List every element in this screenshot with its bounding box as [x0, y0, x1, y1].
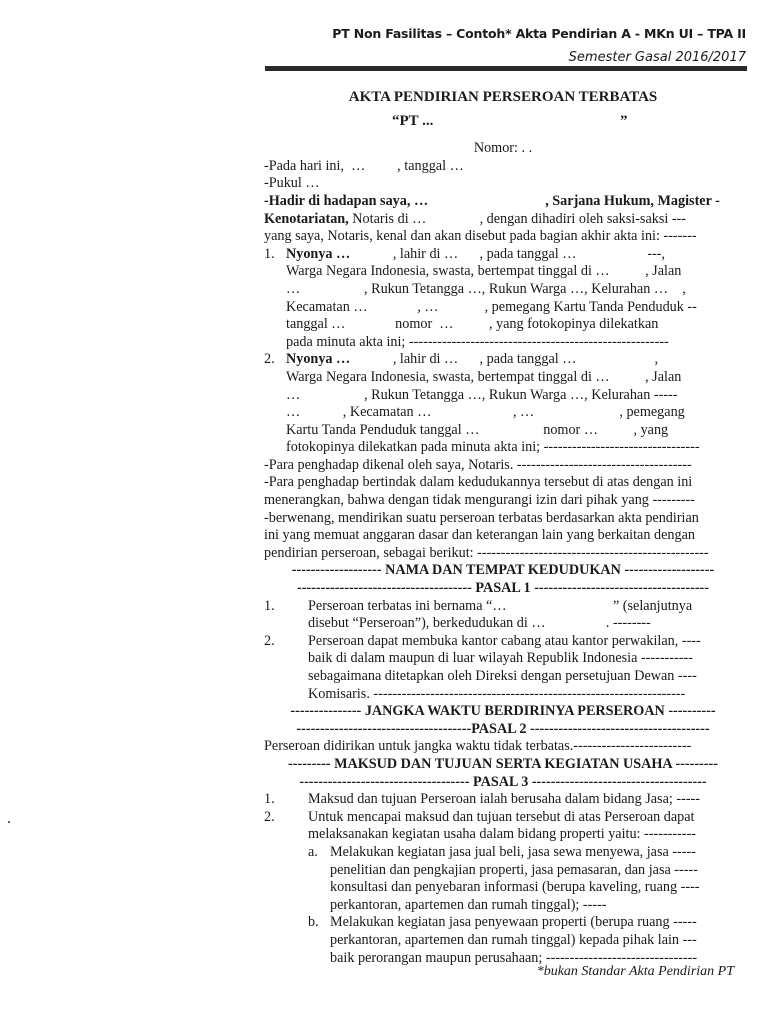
paragraph-line: pendirian perseroan, sebagai berikut: --…	[264, 545, 742, 563]
article-item-text: Perseroan terbatas ini bernama “… ” (sel…	[308, 598, 742, 633]
party-line: Nyonya … , lahir di … , pada tanggal … ,	[286, 351, 742, 369]
article-item-line: Komisaris. -----------------------------…	[308, 686, 742, 704]
article-item-line: sebagaimana ditetapkan oleh Direksi deng…	[308, 668, 742, 686]
paragraph-line: -Para penghadap bertindak dalam keduduka…	[264, 474, 742, 492]
party-line: … , Kecamatan … , … , pemegang	[286, 404, 742, 422]
article-item-line: Perseroan terbatas ini bernama “… ” (sel…	[308, 598, 742, 616]
party-line: … , Rukun Tetangga …, Rukun Warga …, Kel…	[286, 281, 742, 299]
article-subitem-line: perkantoran, apartemen dan rumah tinggal…	[330, 932, 742, 950]
parties-acting: -Para penghadap bertindak dalam keduduka…	[264, 474, 742, 562]
article-number: ------------------------------------- PA…	[264, 580, 742, 598]
party-line: Warga Negara Indonesia, swasta, bertempa…	[286, 263, 742, 281]
party-line: Nyonya … , lahir di … , pada tanggal … -…	[286, 246, 742, 264]
paragraph-line: ini yang memuat anggaran dasar dan keter…	[264, 527, 742, 545]
party-line: pada minuta akta ini; ------------------…	[286, 334, 742, 352]
party-text: Nyonya … , lahir di … , pada tanggal … -…	[286, 246, 742, 352]
article-subitem-text: Melakukan kegiatan jasa jual beli, jasa …	[330, 844, 742, 914]
party-line-rest: , lahir di … , pada tanggal … ,	[350, 351, 658, 367]
section-heading: ------------------- NAMA DAN TEMPAT KEDU…	[264, 562, 742, 580]
deed-body: AKTA PENDIRIAN PERSEROAN TERBATAS “PT ..…	[264, 89, 742, 967]
article-subitem: b.Melakukan kegiatan jasa penyewaan prop…	[308, 914, 742, 967]
party-number: 2.	[264, 351, 286, 457]
articles: ------------------- NAMA DAN TEMPAT KEDU…	[264, 562, 742, 967]
article-item: 1.Maksud dan tujuan Perseroan ialah beru…	[264, 791, 742, 809]
article-item-number: 2.	[264, 809, 308, 844]
article-item: 1.Perseroan terbatas ini bernama “… ” (s…	[264, 598, 742, 633]
party-line: Kecamatan … , … , pemegang Kartu Tanda P…	[286, 299, 742, 317]
article-item-number: 1.	[264, 791, 308, 809]
party-name: Nyonya …	[286, 351, 350, 367]
scan-speck	[8, 821, 10, 823]
article-number: ------------------------------------ PAS…	[264, 774, 742, 792]
party-text: Nyonya … , lahir di … , pada tanggal … ,…	[286, 351, 742, 457]
article-subitem-line: Melakukan kegiatan jasa jual beli, jasa …	[330, 844, 742, 862]
article-item-line: disebut “Perseroan”), berkedudukan di … …	[308, 615, 742, 633]
party-line: fotokopinya dilekatkan pada minuta akta …	[286, 439, 742, 457]
article-text: Perseroan didirikan untuk jangka waktu t…	[264, 738, 742, 756]
article-subitem-line: Melakukan kegiatan jasa penyewaan proper…	[330, 914, 742, 932]
company-name-open: “PT ...	[392, 113, 433, 129]
section-heading: --------- MAKSUD DAN TUJUAN SERTA KEGIAT…	[264, 756, 742, 774]
article-item-line: Untuk mencapai maksud dan tujuan tersebu…	[308, 809, 742, 827]
opening-time: -Pukul …	[264, 175, 742, 193]
article-item-line: melaksanakan kegiatan usaha dalam bidang…	[308, 826, 742, 844]
article-item: 2.Perseroan dapat membuka kantor cabang …	[264, 633, 742, 703]
party-line-rest: , lahir di … , pada tanggal … ---,	[350, 246, 665, 262]
article-item-number: 1.	[264, 598, 308, 633]
article-item-number: 2.	[264, 633, 308, 703]
document-page: PT Non Fasilitas – Contoh* Akta Pendiria…	[0, 0, 768, 1024]
parties-list: 1.Nyonya … , lahir di … , pada tanggal ……	[264, 246, 742, 457]
notary-title-line: Kenotariatan, Notaris di … , dengan diha…	[264, 211, 742, 229]
article-item-text: Perseroan dapat membuka kantor cabang at…	[308, 633, 742, 703]
article-item-line: Perseroan dapat membuka kantor cabang at…	[308, 633, 742, 651]
article-subitem: a.Melakukan kegiatan jasa jual beli, jas…	[308, 844, 742, 914]
header-rule	[265, 66, 747, 71]
article-item-line: Maksud dan tujuan Perseroan ialah berusa…	[308, 791, 742, 809]
article-item-text: Untuk mencapai maksud dan tujuan tersebu…	[308, 809, 742, 844]
article-subitem-text: Melakukan kegiatan jasa penyewaan proper…	[330, 914, 742, 967]
article-subitem-letter: a.	[308, 844, 330, 914]
article-item: 2.Untuk mencapai maksud dan tujuan terse…	[264, 809, 742, 844]
notary-line: -Hadir di hadapan saya, … , Sarjana Huku…	[264, 193, 742, 211]
deed-title: AKTA PENDIRIAN PERSEROAN TERBATAS	[264, 89, 742, 107]
opening-day: -Pada hari ini, … , tanggal …	[264, 158, 742, 176]
article-number: -------------------------------------PAS…	[264, 721, 742, 739]
article-subitem-line: penelitian dan pengkajian properti, jasa…	[330, 862, 742, 880]
party-line: … , Rukun Tetangga …, Rukun Warga …, Kel…	[286, 387, 742, 405]
header-semester: Semester Gasal 2016/2017	[569, 50, 746, 65]
header-title: PT Non Fasilitas – Contoh* Akta Pendiria…	[332, 26, 746, 41]
paragraph-line: menerangkan, bahwa dengan tidak menguran…	[264, 492, 742, 510]
article-item-text: Maksud dan tujuan Perseroan ialah berusa…	[308, 791, 742, 809]
parties-known: -Para penghadap dikenal oleh saya, Notar…	[264, 457, 742, 475]
footer-note: *bukan Standar Akta Pendirian PT	[537, 964, 734, 980]
company-name-placeholder: “PT ... ”	[392, 113, 742, 131]
party-item: 2.Nyonya … , lahir di … , pada tanggal ……	[264, 351, 742, 457]
intro-end: yang saya, Notaris, kenal dan akan diseb…	[264, 228, 742, 246]
deed-number: Nomor: . .	[264, 140, 742, 158]
article-subitem-line: perkantoran, apartemen dan rumah tinggal…	[330, 897, 742, 915]
company-name-close: ”	[620, 113, 628, 131]
article-subitem-letter: b.	[308, 914, 330, 967]
section-heading: --------------- JANGKA WAKTU BERDIRINYA …	[264, 703, 742, 721]
article-subitem-line: konsultasi dan penyebaran informasi (ber…	[330, 879, 742, 897]
party-item: 1.Nyonya … , lahir di … , pada tanggal ……	[264, 246, 742, 352]
paragraph-line: -berwenang, mendirikan suatu perseroan t…	[264, 510, 742, 528]
party-name: Nyonya …	[286, 246, 350, 262]
party-line: Warga Negara Indonesia, swasta, bertempa…	[286, 369, 742, 387]
article-item-line: baik di dalam maupun di luar wilayah Rep…	[308, 650, 742, 668]
party-line: Kartu Tanda Penduduk tanggal … nomor … ,…	[286, 422, 742, 440]
party-number: 1.	[264, 246, 286, 352]
party-line: tanggal … nomor … , yang fotokopinya dil…	[286, 316, 742, 334]
